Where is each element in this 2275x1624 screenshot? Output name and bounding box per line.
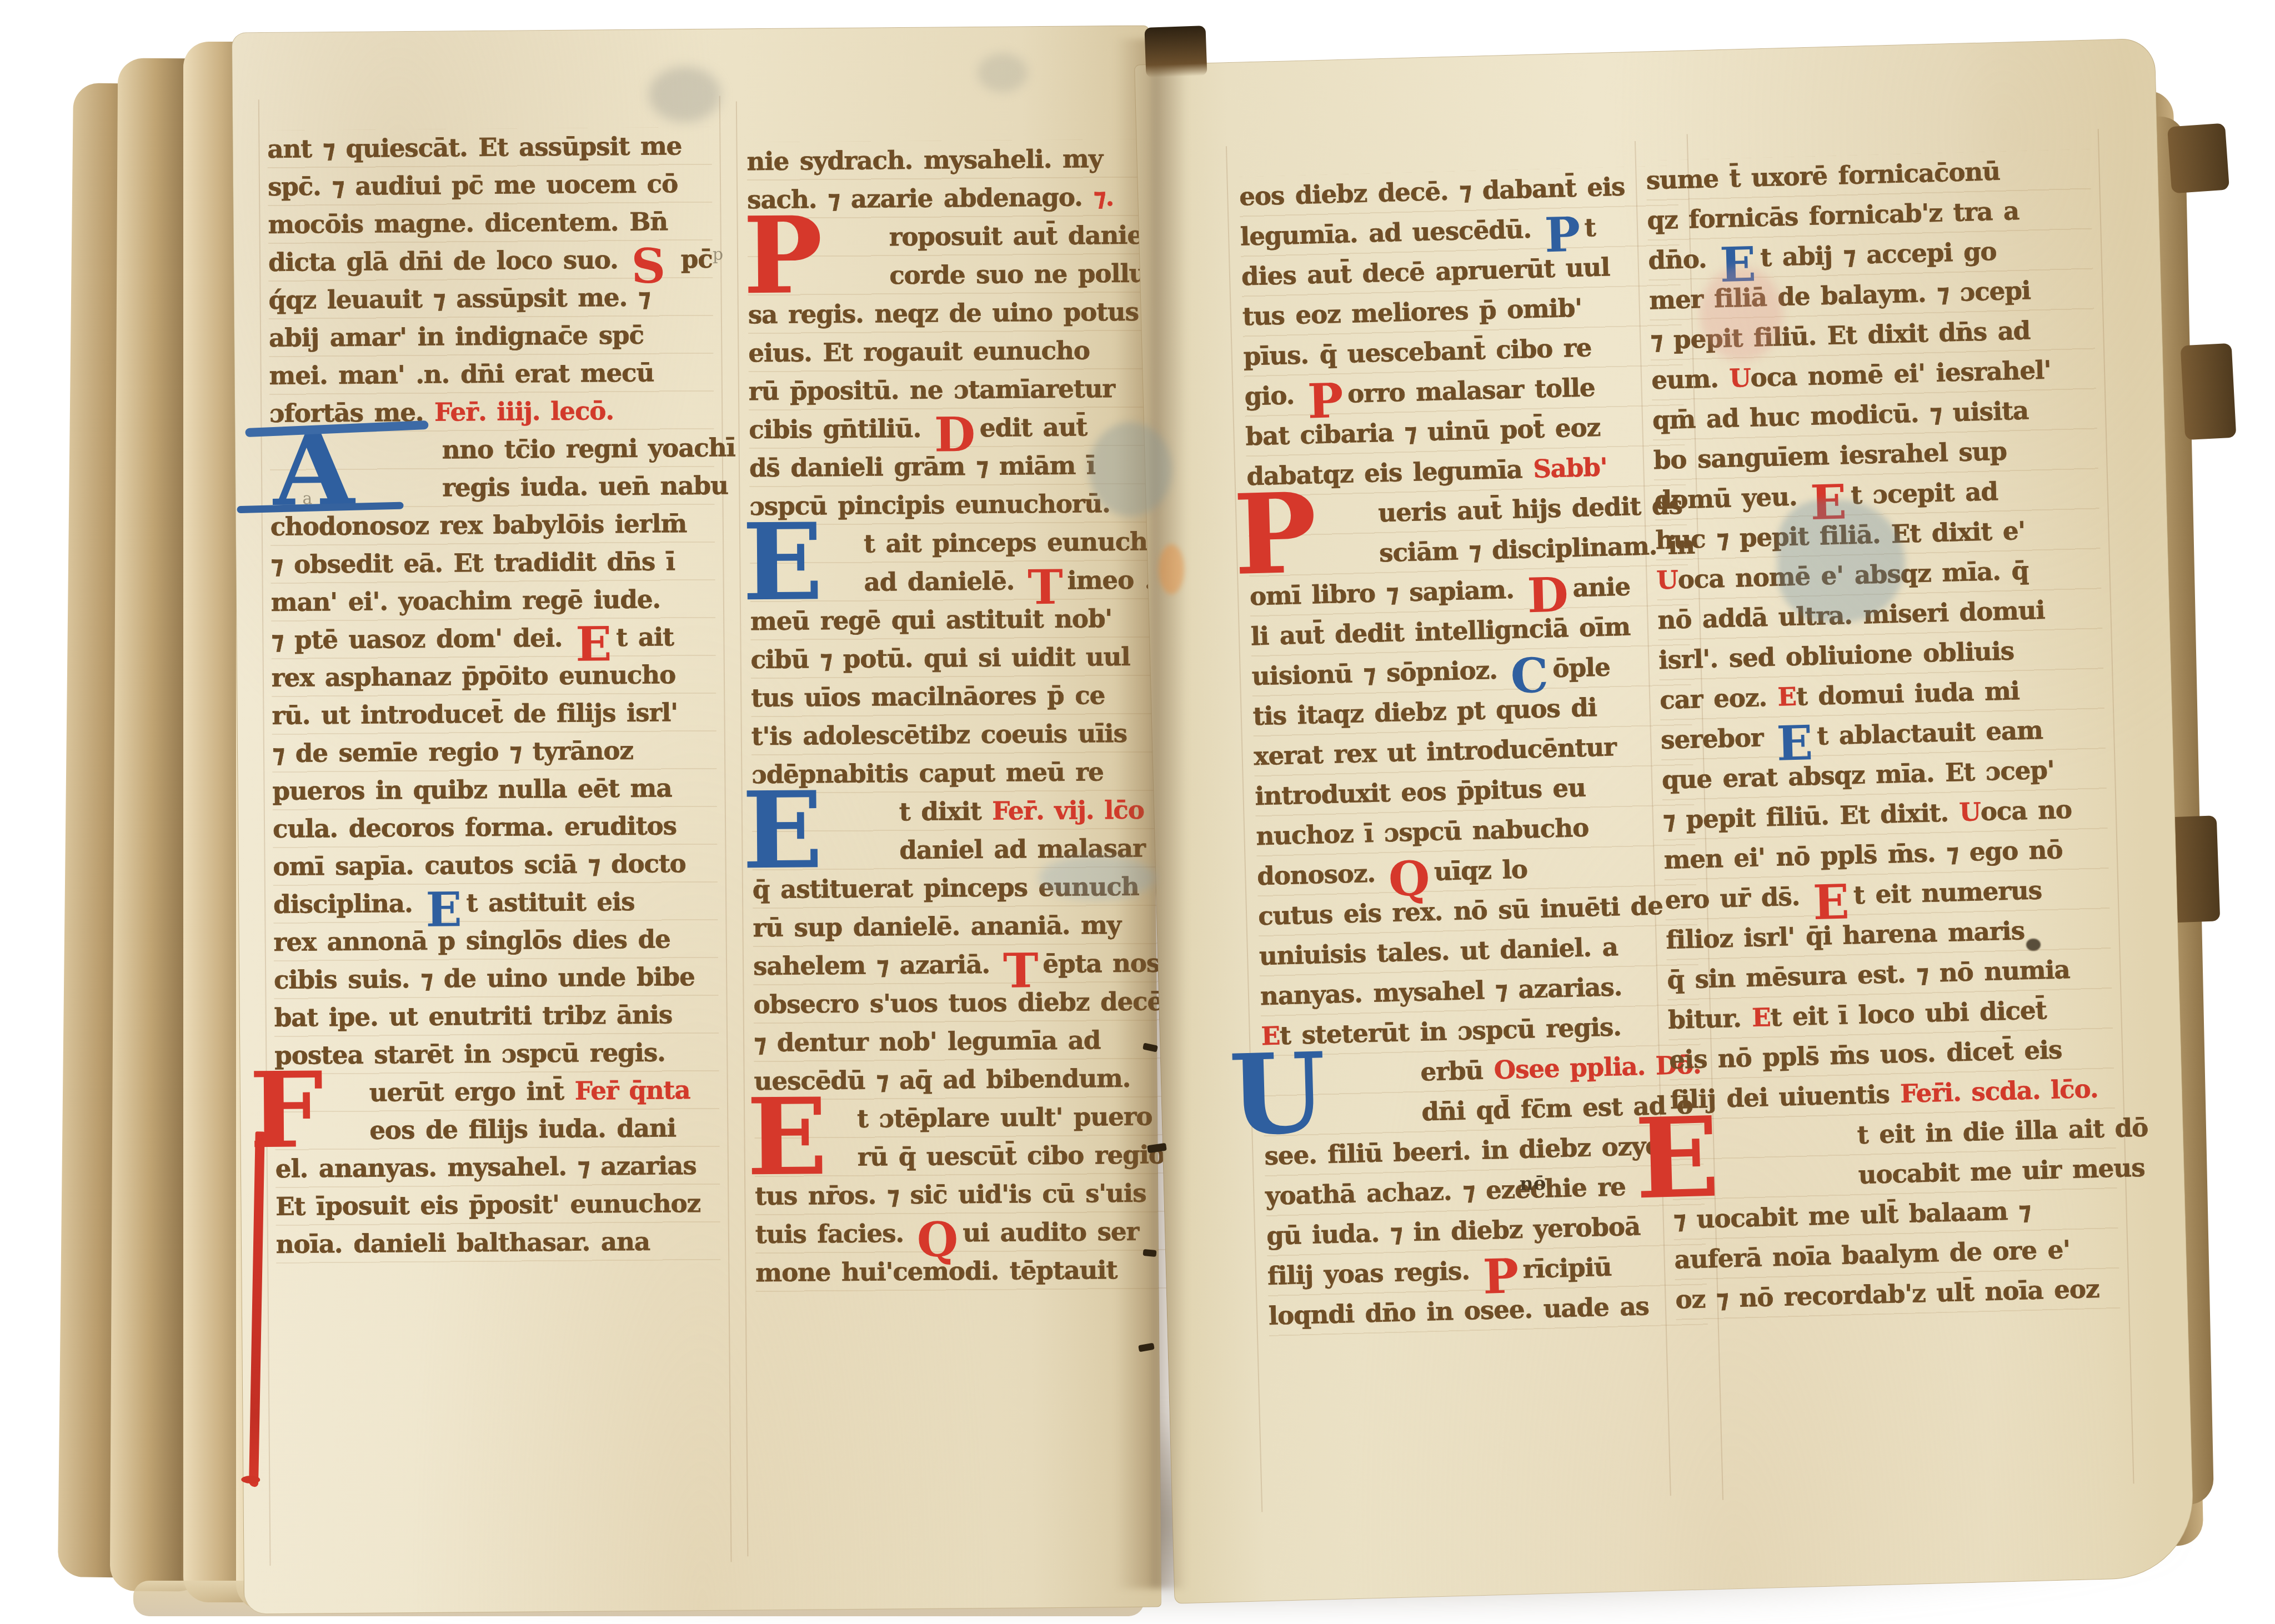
text-line: man' ei'. yoachim regē iude. [271,580,716,621]
body-text: tuis facies. [755,1219,915,1249]
illuminated-initial: E [742,520,823,604]
right-page: eos diebz decē. ⁊ dabant̄ eislegumīa. ad… [1134,38,2195,1603]
body-text: rex asphanaz p̄pōito eunucho [272,660,676,693]
body-text: ⁊ de semīe regio ⁊ tyrānoz [272,736,633,768]
body-text: ueris aut̄ hijs dedit ds̄ [1378,490,1683,528]
body-text: yoathā achaz. ⁊ ezechie re [1265,1172,1626,1211]
left-page: ant ⁊ quiescāt. Et assūpsit mespc̄. ⁊ au… [232,26,1161,1615]
body-text: ōple [1552,652,1611,683]
stain [1700,267,1783,361]
ruling-line [719,96,732,1562]
text-line: ⁊ ptē uasoz dom' dei. Et ait [271,618,716,659]
marginal-note: nō [1520,1172,1546,1195]
body-text: spc̄. ⁊ audiui pc̄ me uocem cō [268,169,678,202]
stain [1159,544,1184,594]
text-line: eos de filijs iuda. dani [275,1109,720,1150]
body-text: ad danielē. [864,566,1025,597]
leather-index-tab [2181,343,2237,440]
body-text: gio. [1244,380,1305,412]
stain [649,67,721,122]
body-text: ⁊ pepit filiū. Et dixit. [1662,798,1960,835]
body-text: eos diebz decē. ⁊ dabant̄ eis [1239,172,1625,211]
body-text: disciplina. [273,889,424,919]
marginal-note: p [713,245,723,264]
body-text: sahelem ⁊ azariā. [753,950,1001,981]
body-text: t ɔcepit ad [1851,477,1998,510]
body-text: t dixit [899,796,993,826]
body-text: regis iuda. uen̄ nabu [442,471,728,503]
body-text: nuchoz ī ɔspcū nabucho [1256,813,1589,851]
book-gutter [1115,39,1187,1588]
body-text: abij amar' in indignac̄e spc̄ [269,320,644,353]
illuminated-initial: E [1634,1114,1720,1202]
body-text: serebor [1660,723,1774,755]
body-text: sume t̄ uxorē fornicac̄onū [1646,157,2000,196]
body-text: cibū ⁊ potū. qui si uidit uul [751,642,1130,674]
body-text: ant ⁊ quiescāt. Et assūpsit me [267,131,682,164]
text-line: Et īposuit eis p̄posit' eunuchoz [275,1185,720,1226]
rubric-text: ⁊. [1093,182,1114,212]
body-text: oz ⁊ nō recordab'z ult̄ noīa eoz [1675,1274,2099,1315]
stain [1089,422,1172,517]
body-text: omī sapīa. cautos sciā ⁊ docto [273,849,686,881]
initial-tail [249,1131,265,1487]
body-text: eis nō ppls̄ m̄s uos. dicet̄ eis [1669,1035,2062,1074]
text-column-1: ant ⁊ quiescāt. Et assūpsit mespc̄. ⁊ au… [267,127,720,1264]
body-text: eos de filijs iuda. dani [369,1113,676,1145]
body-text: ⁊ obsedit eā. Et tradidit dn̄s ī [270,547,675,579]
text-line: noīa. danieli balthasar. ana [276,1222,721,1264]
body-text: uocabit me uir meus [1858,1153,2145,1190]
illuminated-initial: A [273,428,354,510]
body-text: oca nomē ei' iesrahel' [1750,355,2051,393]
body-text: pc̄ [670,244,713,274]
body-text: dn̄o. [1648,244,1718,275]
body-text: mocōis magne. dicentem. Bn̄ [268,207,668,239]
body-text: tus eoz meliores p̄ omib' [1242,293,1582,332]
body-text: erbū [1420,1055,1495,1086]
body-text: rū sup danielē. ananiā. my [753,910,1121,943]
text-line: mocōis magne. dicentem. Bn̄ [268,203,713,244]
stain [978,53,1028,92]
text-line: pueros in quibz nulla eēt ma [272,769,717,810]
body-text: tis itaqz diebz pt quos di [1252,693,1597,731]
body-text: t eit ī loco ubi dicet̄ [1770,995,2047,1032]
body-text: uīqz lo [1434,855,1527,886]
body-text: ⁊ uocabit me ult̄ balaam ⁊ [1673,1196,2031,1235]
text-line: el. ananyas. mysahel. ⁊ azarias [275,1147,720,1188]
body-text: auferā noīa baalym de ore e' [1674,1235,2071,1275]
body-text: man' ei'. yoachim regē iude. [271,584,661,617]
illuminated-initial: E [746,1095,828,1179]
body-text: isrl'. sed obliuione obliuis [1658,636,2015,675]
text-line: bat ipe. ut enutriti tribz ānis [274,996,719,1037]
text-line: eius. Et rogauit eunucho [748,330,1176,372]
rubric-text: U [1959,797,1981,827]
text-line: rū. ut introducet̄ de filijs isrl' [272,694,716,735]
body-text: uerūt ergo int̄ [369,1076,575,1107]
body-text: ⁊ ptē uasoz dom' dei. [271,623,573,655]
body-text: q̄ sin mēsura est. ⁊ nō numia [1667,955,2070,995]
body-text: el. ananyas. mysahel. ⁊ azarias [275,1151,696,1184]
rubric-text: E [1777,682,1797,712]
text-line: uerūt ergo int̄ Fer̄ q̄nta [275,1071,720,1112]
stain [1039,855,1155,900]
body-text: t steterūt in ɔspcū regis. [1280,1012,1622,1050]
body-text: cibis suis. ⁊ de uino unde bibe [274,962,695,995]
body-text: sciām ⁊ disciplinam. in [1379,530,1695,568]
body-text: nno tc̄io regni yoachī [442,433,735,464]
manuscript-book: ant ⁊ quiescāt. Et assūpsit mespc̄. ⁊ au… [0,0,2275,1624]
body-text: q́qz leuauit ⁊ assūpsit me. ⁊ [268,283,650,315]
body-text: li aut̄ dedit intellignciā oīm [1250,612,1630,651]
body-text: men ei' nō ppls̄ m̄s. ⁊ ego nō [1663,835,2063,875]
text-line: ant ⁊ quiescāt. Et assūpsit me [267,127,712,168]
body-text: pueros in quibz nulla eēt ma [272,773,672,806]
body-text: filioz isrl' q̄i harena maris [1666,916,2025,955]
body-text: nie sydrach. mysaheli. my [746,144,1103,176]
text-line: rex annonā p singlōs dies de [273,920,718,961]
body-text: obsecro s'uos tuos diebz decē [753,986,1162,1019]
illuminated-initial: P [743,214,823,297]
body-text: ds̄ danieli grām ⁊ miām ī [749,450,1095,483]
text-line: omī sapīa. cautos sciā ⁊ docto [273,845,718,886]
body-text: qm̄ ad huc modicū. ⁊ uisita [1652,396,2028,435]
body-text: cibis gn̄tiliū. [749,414,932,445]
body-text: loqndi dn̄o in osee. uade as [1268,1291,1649,1331]
text-line: disciplina. Et astituit eis [273,883,718,924]
body-text: edit aut̄ [980,412,1088,443]
body-text: cula. decoros forma. eruditos [273,811,677,844]
rubric-text: Fer̄i. scda. lc̄o. [1900,1074,2099,1109]
body-text: mone hui'cemodi. tēptauit [755,1255,1117,1287]
body-text: rū p̄positū. ne ɔtamīaretur [749,374,1115,406]
body-text: uisionū ⁊ sōpnioz. [1251,655,1509,691]
text-line: abij amar' in indignac̄e spc̄ [269,316,714,357]
body-text: rīcipiū [1522,1252,1612,1284]
text-line: postea starēt in ɔspcū regis. [274,1034,719,1075]
body-text: postea starēt in ɔspcū regis. [274,1037,665,1070]
rubric-text: Sabb' [1533,452,1608,483]
binding-stitch [1142,1249,1156,1257]
text-line: rex asphanaz p̄pōito eunucho [272,656,716,697]
body-text: t [1584,213,1596,243]
body-text: rū. ut introducet̄ de filijs isrl' [272,698,678,730]
illuminated-initial: U [1229,1050,1327,1139]
body-text: legumīa. ad uescēdū. [1240,214,1543,251]
illuminated-initial: P [1232,490,1317,579]
leather-index-tab [2167,123,2229,194]
rubric-text: E [1752,1003,1771,1032]
body-text: gū iuda. ⁊ in diebz yeroboā [1266,1211,1641,1251]
body-text: filij yoas regis. [1267,1256,1481,1291]
body-text: anie [1572,572,1631,603]
marginal-note: a [302,489,312,508]
body-text: orro malasar tolle [1347,373,1595,409]
body-text: uniuisis tales. ut daniel. a [1259,932,1618,971]
text-line: q́qz leuauit ⁊ assūpsit me. ⁊ [268,278,713,319]
illuminated-initial: E [742,789,823,872]
text-line: tus uīos macilnāores p̄ ce [751,675,1179,717]
body-text: dies aut̄ decē apruerūt uul [1241,252,1610,291]
text-line: cibū ⁊ potū. qui si uidit uul [750,637,1179,679]
body-text: cutus eis rex. nō sū inuēti de [1258,891,1663,931]
body-text: donosoz. [1257,858,1387,891]
text-line: dicta glā dn̄i de loco suo. S pc̄ [268,240,713,282]
body-text: car eoz. [1660,683,1778,715]
body-text: eius. Et rogauit eunucho [748,335,1090,368]
body-text: t ablactauit eam [1817,715,2043,751]
body-text: que erat absqz mīa. Et ɔcep' [1661,755,2054,795]
text-line: spc̄. ⁊ audiui pc̄ me uocem cō [268,165,713,206]
body-text: rex annonā p singlōs dies de [274,924,671,957]
illuminated-initial: F [249,1070,324,1151]
text-line: cula. decoros forma. eruditos [273,807,718,848]
body-text: dicta glā dn̄i de loco suo. [268,245,629,277]
body-text: nanyas. mysahel ⁊ azarias. [1260,972,1622,1011]
ink-spot [2026,939,2041,951]
body-text: ⁊ dentur nob' legumīa ad [754,1025,1101,1057]
binding-top [1144,26,1207,78]
body-text: pīus. q̄ uescebant̄ cibo re [1243,333,1592,371]
rubric-text: U [1729,363,1751,393]
text-line: mei. man' .n. dn̄i erat mecū [269,354,714,395]
text-line: nie sydrach. mysaheli. my [746,139,1175,181]
body-text: oca no [1980,795,2072,826]
body-text: bat ipe. ut enutriti tribz ānis [274,1000,673,1032]
body-text: qz fornicās fornicab'z tra a [1647,196,2020,235]
body-text: t ɔtēplare uult' puero [857,1102,1152,1134]
body-text: bitur. [1668,1003,1752,1035]
text-line: ⁊ de semīe regio ⁊ tyrānoz [272,731,717,773]
rubric-text: Fer̄ q̄nta [575,1075,690,1106]
body-text: eum. [1651,364,1730,395]
body-text: ero ur̄ ds̄. [1665,881,1811,915]
body-text: t astituit eis [466,887,634,918]
body-text: bat cibaria ⁊ uinū pot̄ eoz [1245,413,1601,452]
body-text: introduxit eos p̄pitus eu [1255,773,1586,811]
body-text: Et īposuit eis p̄posit' eunuchoz [275,1189,700,1221]
body-text: t domui iuda mi [1796,676,2020,711]
body-text: xerat rex ut introducēntur [1254,732,1616,771]
text-line: cibis suis. ⁊ de uino unde bibe [274,958,719,999]
rubric-text: U [1656,565,1678,595]
text-line: ⁊ obsedit eā. Et tradidit dn̄s ī [270,543,715,584]
body-text: t'is adolescētibz coeuis uīis [751,719,1127,751]
body-text: tus uīos macilnāores p̄ ce [751,680,1105,713]
body-text: t eit numerus [1853,875,2042,910]
body-text: t abij ⁊ accepi go [1760,237,1997,272]
body-text: domū yeu. [1654,482,1808,515]
body-text: t eit in die illa ait dō [1857,1112,2148,1150]
text-line: rū p̄positū. ne ɔtamīaretur [749,369,1177,410]
body-text: mei. man' .n. dn̄i erat mecū [269,358,654,390]
rubric-text: Fer̄. iiij. lecō. [434,396,614,427]
body-text: t ait [616,622,674,652]
body-text: noīa. danieli balthasar. ana [276,1227,650,1259]
body-text: bo sanguīem iesrahel sup [1653,437,2007,475]
body-text: ui audito ser [963,1217,1139,1247]
